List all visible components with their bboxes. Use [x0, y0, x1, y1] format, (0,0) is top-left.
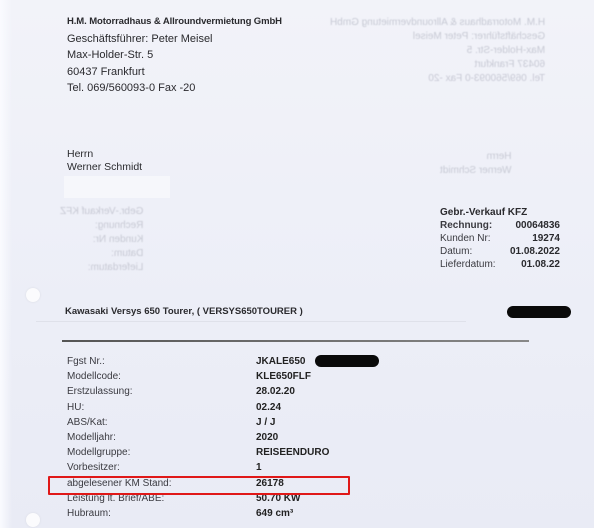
whited-out-address — [64, 176, 170, 198]
sender-street: Max-Holder-Str. 5 — [67, 47, 282, 64]
page-edge — [0, 0, 12, 528]
company-name: H.M. Motorradhaus & Allroundvermietung G… — [67, 14, 282, 31]
invoice-number-row: Rechnung: 00064836 — [440, 219, 560, 232]
punch-hole — [26, 288, 40, 302]
redaction-bar — [507, 306, 571, 318]
customer-number-row: Kunden Nr: 19274 — [440, 232, 560, 245]
show-through-sender: H.M. Motorradhaus & Allroundvermietung G… — [330, 16, 545, 86]
invoice-info: Gebr.-Verkauf KFZ Rechnung: 00064836 Kun… — [440, 206, 560, 271]
delivery-date-row: Lieferdatum: 01.08.22 — [440, 258, 560, 271]
scanned-document: H.M. Motorradhaus & Allroundvermietung G… — [0, 0, 594, 528]
recipient-salutation: Herrn — [67, 148, 142, 161]
recipient-address: Herrn Werner Schmidt — [67, 148, 142, 174]
managing-director: Geschäftsführer: Peter Meisel — [67, 31, 282, 48]
sender-address: H.M. Motorradhaus & Allroundvermietung G… — [67, 14, 282, 97]
date-row: Datum: 01.08.2022 — [440, 245, 560, 258]
show-through-recipient: Herrn Werner Schmidt — [440, 150, 512, 178]
sender-phone: Tel. 069/560093-0 Fax -20 — [67, 80, 282, 97]
recipient-name: Werner Schmidt — [67, 161, 142, 174]
punch-hole — [26, 513, 40, 527]
sender-city: 60437 Frankfurt — [67, 64, 282, 81]
vehicle-title: Kawasaki Versys 650 Tourer, ( VERSYS650T… — [65, 306, 303, 317]
vin-redaction-bar — [315, 355, 379, 367]
mileage-highlight-box — [48, 476, 350, 495]
show-through-invoice: Gebr.-Verkauf KFZ Rechnung: Kunden Nr: D… — [60, 205, 143, 275]
invoice-type: Gebr.-Verkauf KFZ — [440, 206, 560, 219]
section-divider — [62, 340, 529, 342]
faint-divider — [36, 321, 466, 322]
